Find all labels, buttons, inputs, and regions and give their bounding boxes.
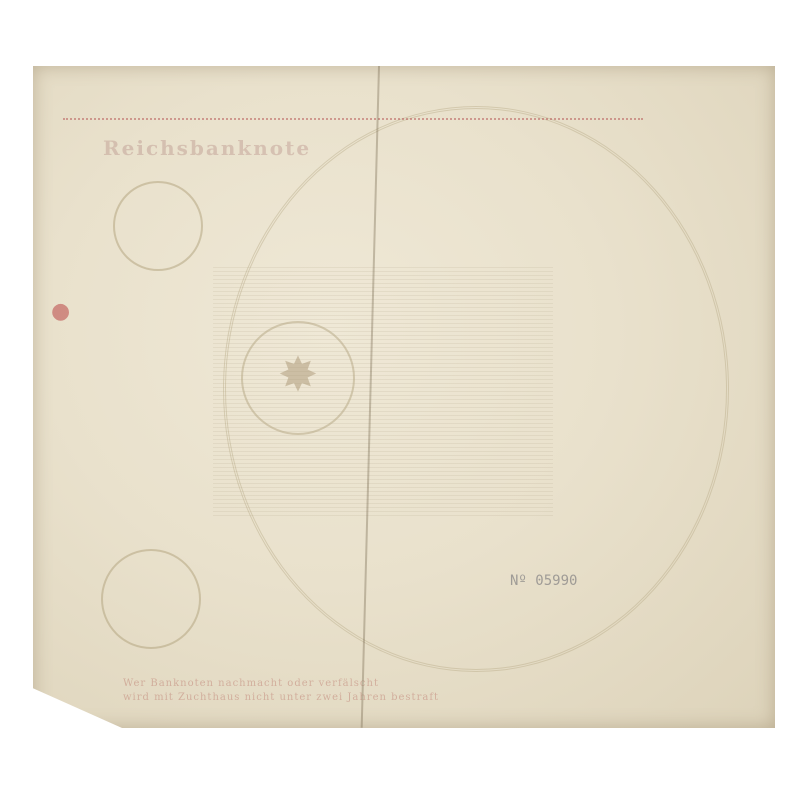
footer-line-2: wird mit Zuchthaus nicht unter zwei Jahr… [123, 692, 439, 703]
show-through-heading: Reichsbanknote [103, 136, 311, 160]
dotted-red-border [63, 118, 643, 120]
rosette-ornament [241, 321, 355, 435]
banknote-back: Reichsbanknote ● Nº 05990 Wer Banknoten … [33, 66, 775, 728]
footer-line-1: Wer Banknoten nachmacht oder verfälscht [123, 678, 379, 689]
embossed-seal-bottom [101, 549, 201, 649]
embossed-seal-top [113, 181, 203, 271]
serial-number-show-through: Nº 05990 [510, 573, 577, 589]
red-show-through-mark: ● [51, 298, 70, 324]
